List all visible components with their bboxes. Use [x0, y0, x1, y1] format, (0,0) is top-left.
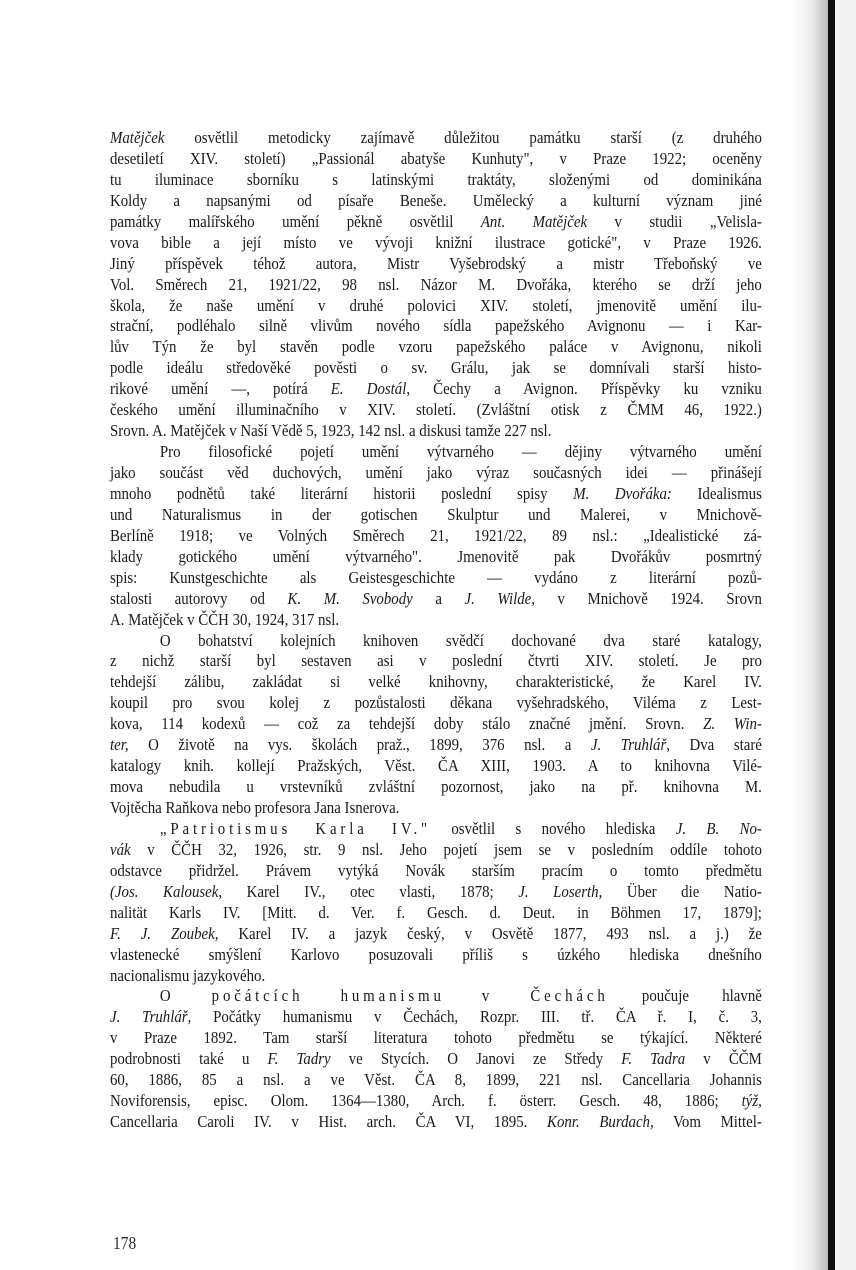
text-line: nacionalismu jazykového. [110, 966, 762, 987]
text-line: stalosti autorovy od K. M. Svobody a J. … [110, 589, 762, 610]
book-page: Matějček osvětlil metodicky zajímavě důl… [0, 0, 856, 1270]
italic-reference: J. B. No- [676, 819, 762, 838]
text-segment: poučuje hlavně [609, 986, 762, 1005]
text-line: tu iluminace sborníku s latinskými trakt… [110, 170, 762, 191]
text-segment: koupil pro svou kolej z pozůstalosti děk… [110, 693, 762, 712]
text-segment: škola, že naše umění v druhé polovici XI… [110, 296, 762, 315]
text-segment: osvětlil metodicky zajímavě důležitou pa… [164, 128, 761, 147]
text-segment: vova bible a její místo ve vývoji knižní… [110, 233, 762, 252]
text-line: (Jos. Kalousek, Karel IV., otec vlasti, … [110, 882, 762, 903]
italic-reference: M. Dvořáka: [573, 484, 672, 503]
body-text: Matějček osvětlil metodicky zajímavě důl… [110, 128, 762, 1133]
text-line: mova nebudila u vrstevníků zvláštní pozo… [110, 777, 762, 798]
text-segment: vlastenecké smýšlení Karlovo posuzovali … [110, 945, 762, 964]
text-line: 60, 1886, 85 a nsl. a ve Věst. ČA 8, 189… [110, 1070, 762, 1091]
text-line: jako součást věd duchových, umění jako v… [110, 463, 762, 484]
text-segment: Karel IV., otec vlasti, 1878; [222, 882, 518, 901]
text-line: mnoho podnětů také literární historii po… [110, 484, 762, 505]
italic-reference: Ant. Matějček [481, 212, 587, 231]
text-segment: A. Matějček v ČČH 30, 1924, 317 nsl. [110, 610, 339, 629]
text-segment: nalität Karls IV. [Mitt. d. Ver. f. Gesc… [110, 903, 762, 922]
text-segment: Berlíně 1918; ve Volných Směrech 21, 192… [110, 526, 762, 545]
scan-margin [835, 0, 856, 1270]
text-segment: v ČČH 32, 1926, str. 9 nsl. Jeho pojetí … [131, 840, 762, 859]
text-line: Cancellaria Caroli IV. v Hist. arch. ČA … [110, 1112, 762, 1133]
text-segment: Vom Mittel- [654, 1112, 762, 1131]
text-line: vova bible a její místo ve vývoji knižní… [110, 233, 762, 254]
text-segment: v Mnichově 1924. Srovn [535, 589, 762, 608]
text-segment: , Čechy a Avignon. Příspěvky ku vzniku [406, 379, 762, 398]
text-line: lův Týn že byl stavěn podle vzoru papežs… [110, 337, 762, 358]
text-segment: kova, 114 kodexů — což za tehdejší doby … [110, 714, 703, 733]
text-line: vák v ČČH 32, 1926, str. 9 nsl. Jeho poj… [110, 840, 762, 861]
text-segment: Počátky humanismu v Čechách, Rozpr. III.… [191, 1007, 762, 1026]
text-segment: mova nebudila u vrstevníků zvláštní pozo… [110, 777, 762, 796]
text-segment: Vojtěcha Raňkova nebo profesora Jana Isn… [110, 798, 399, 817]
text-segment: Idealismus [672, 484, 762, 503]
text-line: ter, O životě na vys. školách praž., 189… [110, 735, 762, 756]
text-segment: osvětlil s nového hlediska [431, 819, 676, 838]
italic-reference: týž, [742, 1091, 762, 1110]
text-line: památky malířského umění pěkně osvětlil … [110, 212, 762, 233]
italic-reference: vák [110, 840, 131, 859]
text-segment: spis: Kunstgeschichte als Geistesgeschic… [110, 568, 762, 587]
text-line: katalogy knih. kollejí Pražských, Věst. … [110, 756, 762, 777]
text-segment: stalosti autorovy od [110, 589, 288, 608]
text-line: škola, že naše umění v druhé polovici XI… [110, 296, 762, 317]
text-line: nalität Karls IV. [Mitt. d. Ver. f. Gesc… [110, 903, 762, 924]
text-line: Berlíně 1918; ve Volných Směrech 21, 192… [110, 526, 762, 547]
text-segment: Pro filosofické pojetí umění výtvarného … [160, 442, 762, 461]
text-segment: mnoho podnětů také literární historii po… [110, 484, 573, 503]
text-segment: Über die Natio- [602, 882, 762, 901]
italic-reference: J. Wilde, [464, 589, 534, 608]
text-segment: Jiný příspěvek téhož autora, Mistr Vyšeb… [110, 254, 762, 273]
text-line: tehdejší zálibu, zakládat si velké kniho… [110, 672, 762, 693]
text-segment: rikové umění —, potírá [110, 379, 331, 398]
text-segment: podle ideálu středověké pověsti o sv. Gr… [110, 358, 762, 377]
text-line: Srovn. A. Matějček v Naší Vědě 5, 1923, … [110, 421, 762, 442]
italic-reference: Matějček [110, 128, 164, 147]
italic-reference: F. J. Zoubek, [110, 924, 218, 943]
text-segment: nacionalismu jazykového. [110, 966, 265, 985]
paragraph-first-line: Pro filosofické pojetí umění výtvarného … [110, 442, 762, 463]
text-line: strační, podléhalo silně vlivům nového s… [110, 316, 762, 337]
italic-reference: J. Truhlář, [591, 735, 670, 754]
text-line: Vojtěcha Raňkova nebo profesora Jana Isn… [110, 798, 762, 819]
text-line: desetiletí XIV. století) „Passionál abat… [110, 149, 762, 170]
text-line: F. J. Zoubek, Karel IV. a jazyk český, v… [110, 924, 762, 945]
binding-shadow [790, 0, 830, 1270]
paragraph-first-line: O bohatství kolejních knihoven svědčí do… [110, 631, 762, 652]
text-segment: tu iluminace sborníku s latinskými trakt… [110, 170, 762, 189]
text-segment: Karel IV. a jazyk český, v Osvětě 1877, … [218, 924, 761, 943]
paragraph-first-line: O počátcích humanismu v Čechách poučuje … [110, 986, 762, 1007]
text-segment: a [413, 589, 465, 608]
text-line: J. Truhlář, Počátky humanismu v Čechách,… [110, 1007, 762, 1028]
text-segment: odstavce přidržel. Právem vytýká Novák s… [110, 861, 762, 880]
text-line: rikové umění —, potírá E. Dostál, Čechy … [110, 379, 762, 400]
text-segment: Dva staré [670, 735, 762, 754]
text-line: odstavce přidržel. Právem vytýká Novák s… [110, 861, 762, 882]
text-line: koupil pro svou kolej z pozůstalosti děk… [110, 693, 762, 714]
text-segment: 60, 1886, 85 a nsl. a ve Věst. ČA 8, 189… [110, 1070, 762, 1089]
text-segment: O bohatství kolejních knihoven svědčí do… [160, 631, 762, 650]
text-segment: v studii „Velisla- [587, 212, 762, 231]
page-edge [828, 0, 835, 1270]
text-segment: Koldy a napsanými od písaře Beneše. Uměl… [110, 191, 762, 210]
italic-reference: E. Dostál [331, 379, 407, 398]
text-segment: Cancellaria Caroli IV. v Hist. arch. ČA … [110, 1112, 547, 1131]
text-segment: českého umění illuminačního v XIV. stole… [110, 400, 762, 419]
text-segment: O životě na vys. školách praž., 1899, 37… [129, 735, 591, 754]
text-segment: tehdejší zálibu, zakládat si velké kniho… [110, 672, 762, 691]
text-segment: Srovn. A. Matějček v Naší Vědě 5, 1923, … [110, 421, 551, 440]
text-line: v Praze 1892. Tam starší literatura toho… [110, 1028, 762, 1049]
italic-reference: F. Tadry [268, 1049, 331, 1068]
text-segment: z nichž starší byl sestaven asi v posled… [110, 651, 762, 670]
italic-reference: K. M. Svobody [288, 589, 413, 608]
italic-reference: F. Tadra [621, 1049, 685, 1068]
text-segment: strační, podléhalo silně vlivům nového s… [110, 316, 762, 335]
text-line: českého umění illuminačního v XIV. stole… [110, 400, 762, 421]
italic-reference: Konr. Burdach, [547, 1112, 654, 1131]
italic-reference: ter, [110, 735, 129, 754]
text-segment: Noviforensis, episc. Olom. 1364—1380, Ar… [110, 1091, 742, 1110]
text-line: kova, 114 kodexů — což za tehdejší doby … [110, 714, 762, 735]
text-line: z nichž starší byl sestaven asi v posled… [110, 651, 762, 672]
italic-reference: (Jos. Kalousek, [110, 882, 222, 901]
text-line: Jiný příspěvek téhož autora, Mistr Vyšeb… [110, 254, 762, 275]
text-line: klady gotického umění výtvarného". Jmeno… [110, 547, 762, 568]
text-segment: lův Týn že byl stavěn podle vzoru papežs… [110, 337, 762, 356]
text-segment: katalogy knih. kollejí Pražských, Věst. … [110, 756, 762, 775]
text-line: vlastenecké smýšlení Karlovo posuzovali … [110, 945, 762, 966]
spaced-emphasis: „Patriotismus Karla IV." [160, 819, 431, 838]
spaced-emphasis: O počátcích humanismu v Čechách [160, 986, 609, 1005]
text-segment: klady gotického umění výtvarného". Jmeno… [110, 547, 762, 566]
text-segment: Vol. Směrech 21, 1921/22, 98 nsl. Názor … [110, 275, 762, 294]
text-line: Matějček osvětlil metodicky zajímavě důl… [110, 128, 762, 149]
text-segment: ve Stycích. O Janovi ze Středy [331, 1049, 622, 1068]
paragraph-first-line: „Patriotismus Karla IV." osvětlil s nové… [110, 819, 762, 840]
text-segment: podrobnosti také u [110, 1049, 268, 1068]
text-line: und Naturalismus in der gotischen Skulpt… [110, 505, 762, 526]
text-line: spis: Kunstgeschichte als Geistesgeschic… [110, 568, 762, 589]
text-segment: und Naturalismus in der gotischen Skulpt… [110, 505, 762, 524]
text-segment: desetiletí XIV. století) „Passionál abat… [110, 149, 762, 168]
italic-reference: Z. Win- [703, 714, 762, 733]
text-line: Noviforensis, episc. Olom. 1364—1380, Ar… [110, 1091, 762, 1112]
text-segment: památky malířského umění pěkně osvětlil [110, 212, 481, 231]
text-line: podle ideálu středověké pověsti o sv. Gr… [110, 358, 762, 379]
page-number: 178 [113, 1233, 136, 1254]
text-segment: v ČČM [685, 1049, 762, 1068]
italic-reference: J. Truhlář, [110, 1007, 191, 1026]
text-segment: jako součást věd duchových, umění jako v… [110, 463, 762, 482]
italic-reference: J. Loserth, [518, 882, 602, 901]
text-segment: v Praze 1892. Tam starší literatura toho… [110, 1028, 762, 1047]
text-line: Koldy a napsanými od písaře Beneše. Uměl… [110, 191, 762, 212]
text-line: A. Matějček v ČČH 30, 1924, 317 nsl. [110, 610, 762, 631]
text-line: Vol. Směrech 21, 1921/22, 98 nsl. Názor … [110, 275, 762, 296]
text-line: podrobnosti také u F. Tadry ve Stycích. … [110, 1049, 762, 1070]
